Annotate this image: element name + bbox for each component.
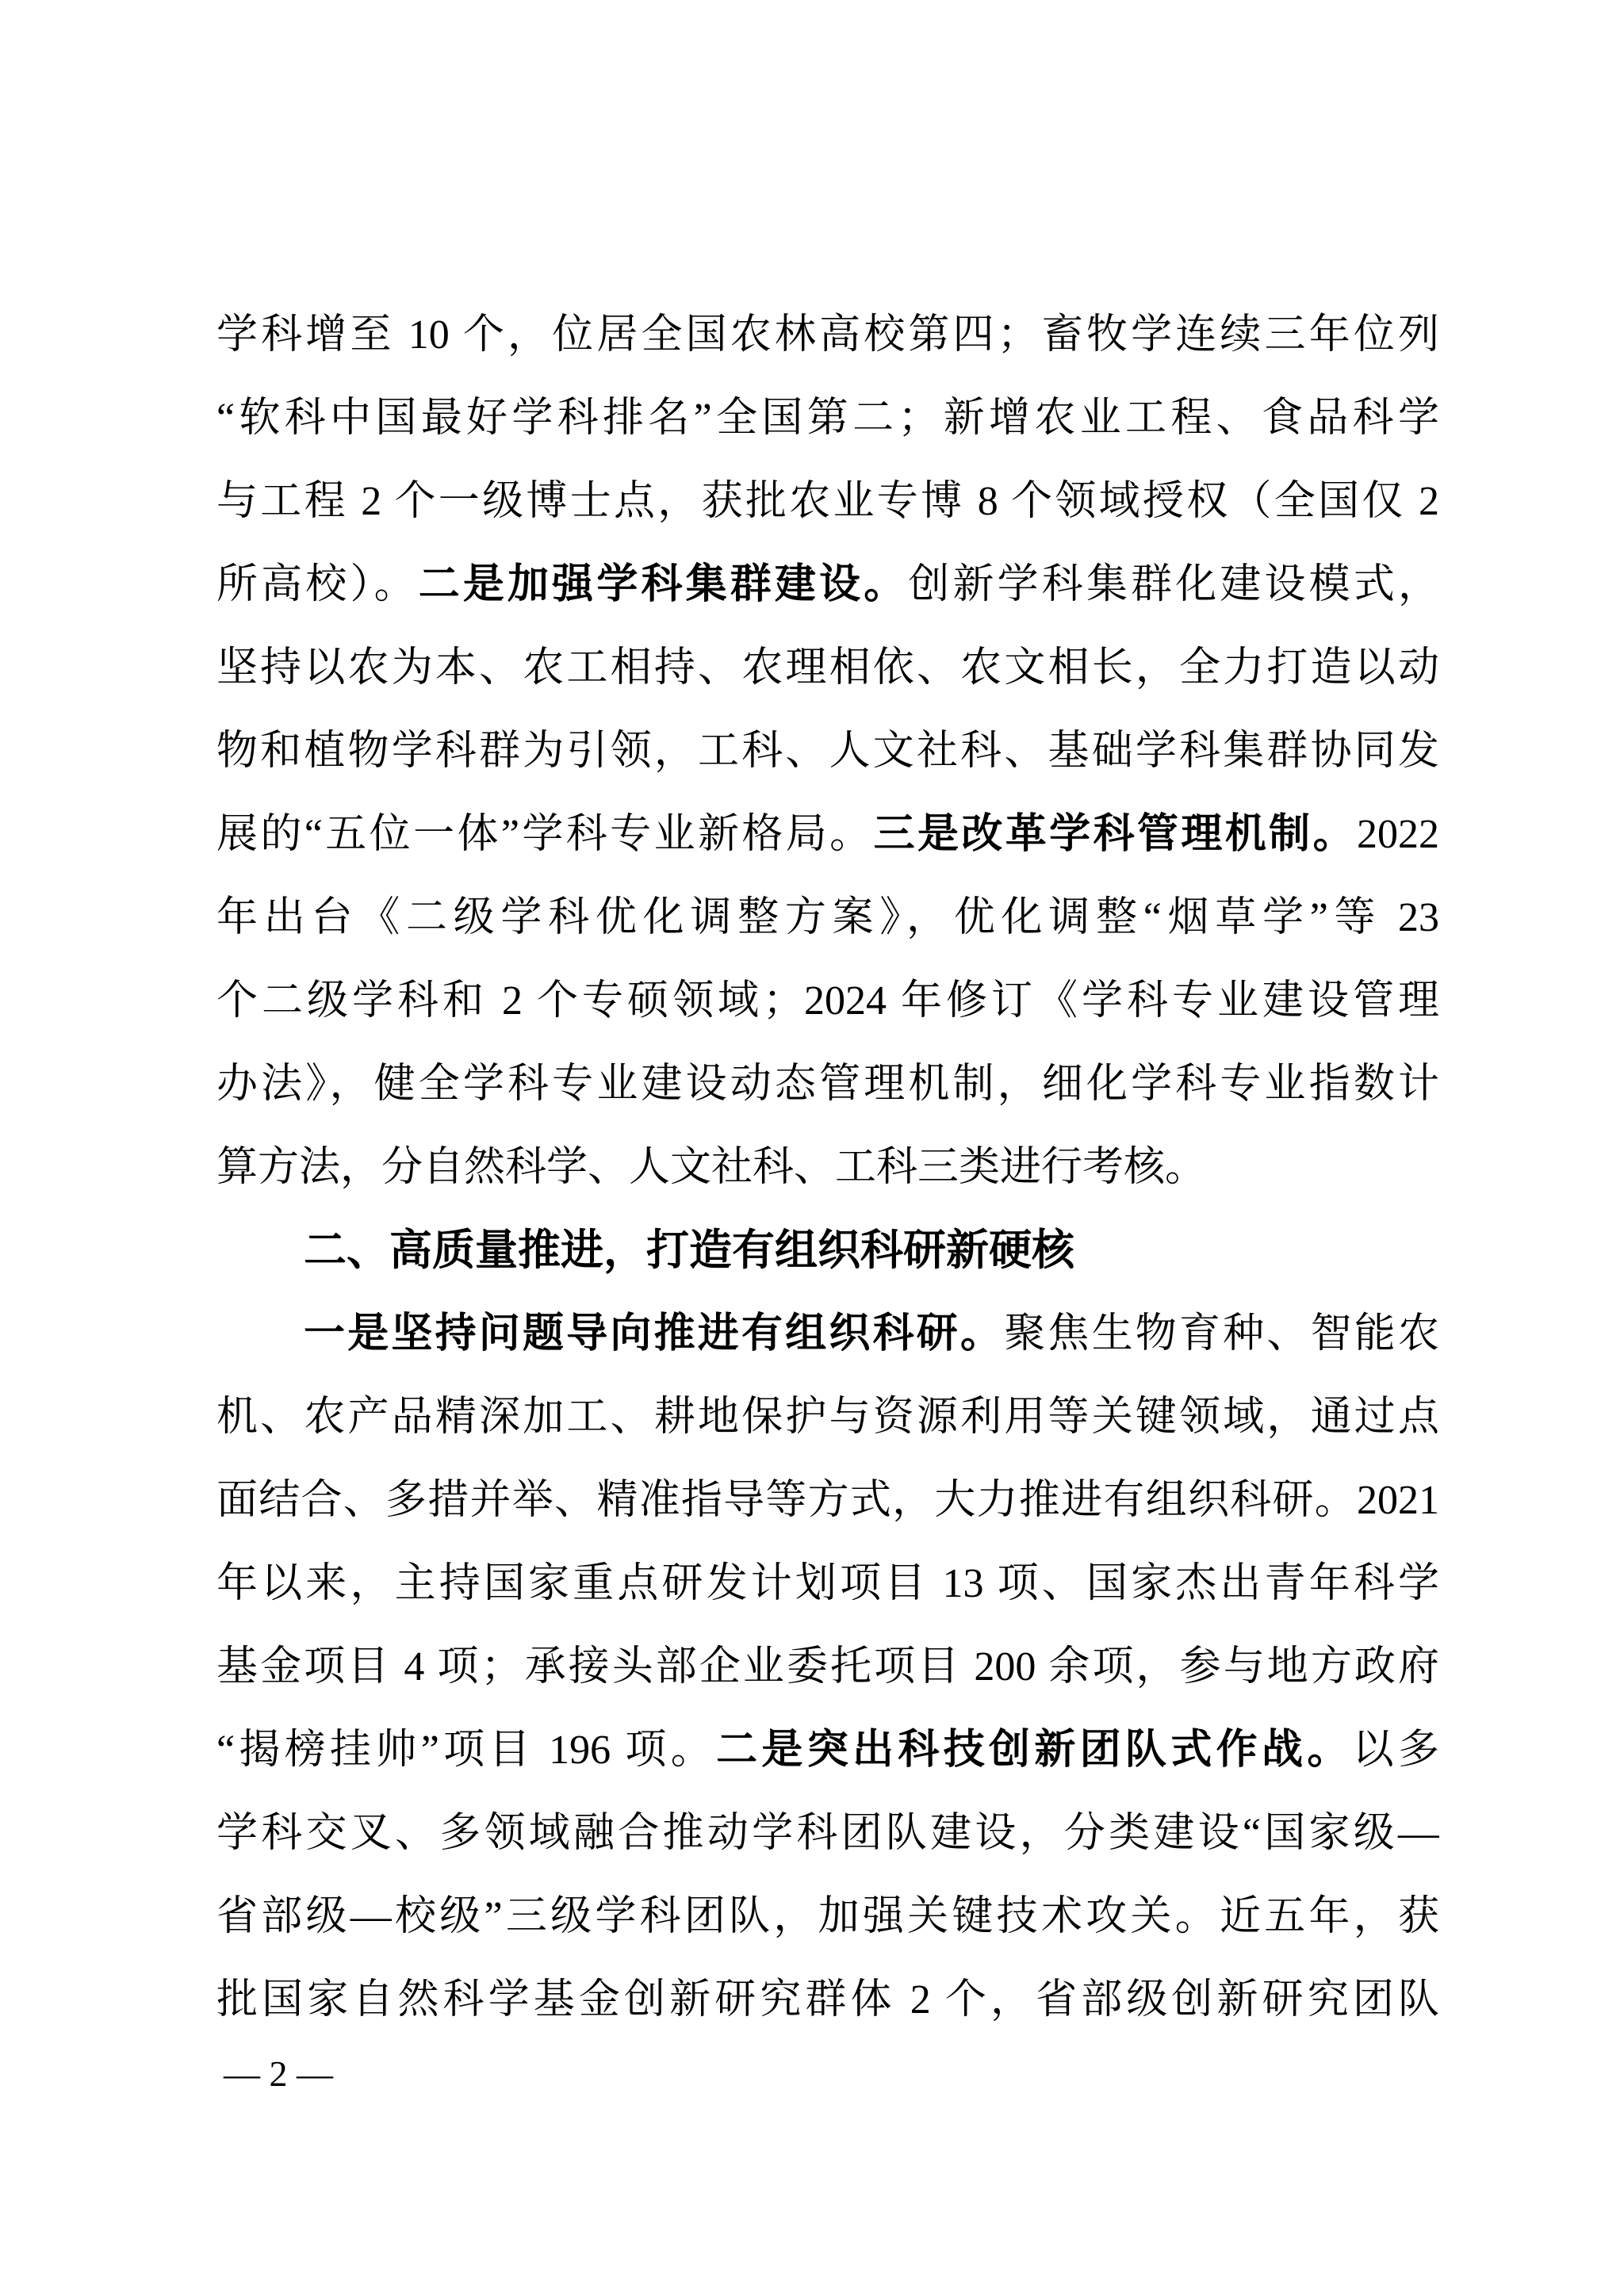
text-line: 办法》，健全学科专业建设动态管理机制，细化学科专业指数计	[216, 1043, 1439, 1126]
text-segment: 年出台《二级学科优化调整方案》，优化调整“烟草学”等 23	[216, 895, 1439, 940]
text-line: 所高校）。二是加强学科集群建设。创新学科集群化建设模式，	[216, 543, 1439, 626]
bold-text-segment: 二、高质量推进，打造有组织科研新硬核	[304, 1226, 1074, 1274]
text-line: 省部级—校级”三级学科团队，加强关键技术攻关。近五年，获	[216, 1875, 1439, 1958]
text-segment: 学科增至 10 个，位居全国农林高校第四；畜牧学连续三年位列	[216, 312, 1439, 358]
text-segment: 个二级学科和 2 个专硕领域；2024 年修订《学科专业建设管理	[216, 978, 1439, 1024]
text-line: 个二级学科和 2 个专硕领域；2024 年修订《学科专业建设管理	[216, 959, 1439, 1043]
bold-text-segment: 一是坚持问题导向推进有组织科研。	[304, 1311, 1004, 1357]
bold-text-segment: 三是改革学科管理机制。	[874, 812, 1357, 857]
text-segment: 办法》，健全学科专业建设动态管理机制，细化学科专业指数计	[216, 1062, 1439, 1107]
text-line: 年出台《二级学科优化调整方案》，优化调整“烟草学”等 23	[216, 876, 1439, 959]
text-segment: 省部级—校级”三级学科团队，加强关键技术攻关。近五年，获	[216, 1894, 1439, 1939]
text-segment: 坚持以农为本、农工相持、农理相依、农文相长，全力打造以动	[216, 645, 1439, 691]
text-segment: 与工程 2 个一级博士点，获批农业专博 8 个领域授权（全国仅 2	[216, 479, 1439, 524]
text-line: 学科交叉、多领域融合推动学科团队建设，分类建设“国家级—	[216, 1792, 1439, 1875]
text-line: 年以来，主持国家重点研发计划项目 13 项、国家杰出青年科学	[216, 1542, 1439, 1625]
text-line: 机、农产品精深加工、耕地保护与资源利用等关键领域，通过点	[216, 1376, 1439, 1459]
text-segment: 创新学科集群化建设模式，	[908, 562, 1439, 607]
text-segment: 算方法，分自然科学、人文社科、工科三类进行考核。	[216, 1145, 1206, 1190]
text-line: “揭榜挂帅”项目 196 项。二是突出科技创新团队式作战。以多	[216, 1709, 1439, 1792]
text-segment: 年以来，主持国家重点研发计划项目 13 项、国家杰出青年科学	[216, 1561, 1439, 1606]
page-number: — 2 —	[224, 2050, 333, 2098]
text-segment: 面结合、多措并举、精准指导等方式，大力推进有组织科研。2021	[216, 1478, 1439, 1523]
text-line: 与工程 2 个一级博士点，获批农业专博 8 个领域授权（全国仅 2	[216, 460, 1439, 543]
text-segment: 2022	[1357, 812, 1439, 857]
document-body: 学科增至 10 个，位居全国农林高校第四；畜牧学连续三年位列“软科中国最好学科排…	[216, 293, 1439, 2042]
text-line: 展的“五位一体”学科专业新格局。三是改革学科管理机制。2022	[216, 793, 1439, 876]
text-line: 基金项目 4 项；承接头部企业委托项目 200 余项，参与地方政府	[216, 1625, 1439, 1709]
text-line: 物和植物学科群为引领，工科、人文社科、基础学科集群协同发	[216, 710, 1439, 793]
text-segment: 批国家自然科学基金创新研究群体 2 个，省部级创新研究团队	[216, 1977, 1439, 2022]
text-segment: 机、农产品精深加工、耕地保护与资源利用等关键领域，通过点	[216, 1395, 1439, 1440]
text-segment: 所高校）。	[216, 562, 419, 607]
text-segment: 基金项目 4 项；承接头部企业委托项目 200 余项，参与地方政府	[216, 1644, 1439, 1689]
text-segment: “揭榜挂帅”项目 196 项。	[216, 1728, 716, 1773]
text-segment: “软科中国最好学科排名”全国第二；新增农业工程、食品科学	[216, 396, 1439, 441]
bold-text-segment: 二是加强学科集群建设。	[419, 562, 909, 607]
section-heading: 二、高质量推进，打造有组织科研新硬核	[216, 1209, 1439, 1292]
text-segment: 以多	[1353, 1728, 1439, 1773]
document-page: 学科增至 10 个，位居全国农林高校第四；畜牧学连续三年位列“软科中国最好学科排…	[0, 0, 1624, 2296]
text-segment: 物和植物学科群为引领，工科、人文社科、基础学科集群协同发	[216, 729, 1439, 774]
text-line: 批国家自然科学基金创新研究群体 2 个，省部级创新研究团队	[216, 1958, 1439, 2042]
text-segment: 聚焦生物育种、智能农	[1004, 1311, 1439, 1357]
text-line: “软科中国最好学科排名”全国第二；新增农业工程、食品科学	[216, 377, 1439, 460]
text-segment: 学科交叉、多领域融合推动学科团队建设，分类建设“国家级—	[216, 1811, 1439, 1856]
text-segment: 展的“五位一体”学科专业新格局。	[216, 812, 874, 857]
text-line: 算方法，分自然科学、人文社科、工科三类进行考核。	[216, 1126, 1439, 1209]
text-line: 学科增至 10 个，位居全国农林高校第四；畜牧学连续三年位列	[216, 293, 1439, 377]
text-line: 坚持以农为本、农工相持、农理相依、农文相长，全力打造以动	[216, 626, 1439, 710]
bold-text-segment: 二是突出科技创新团队式作战。	[716, 1728, 1353, 1773]
text-line: 面结合、多措并举、精准指导等方式，大力推进有组织科研。2021	[216, 1459, 1439, 1542]
text-line: 一是坚持问题导向推进有组织科研。聚焦生物育种、智能农	[216, 1292, 1439, 1376]
